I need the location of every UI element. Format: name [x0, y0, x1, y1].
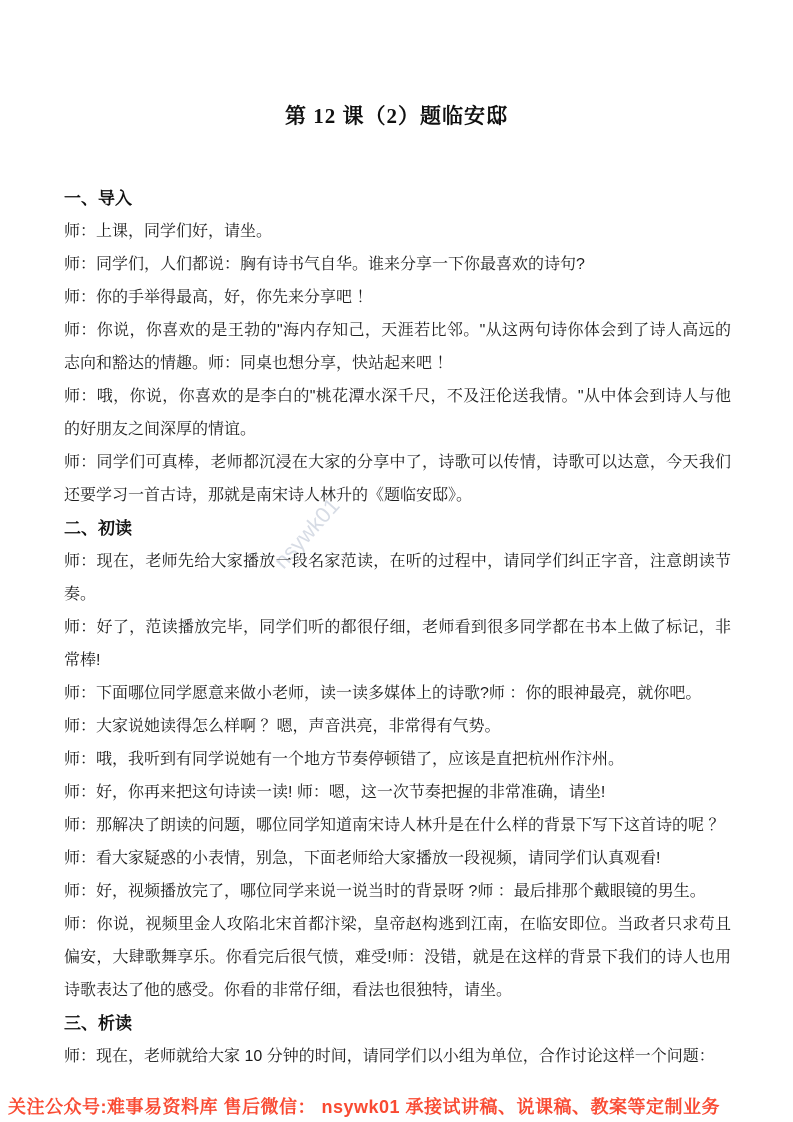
script-paragraph: 师：现在，老师先给大家播放一段名家范读，在听的过程中，请同学们纠正字音，注意朗读… [64, 545, 731, 611]
script-paragraph: 师：下面哪位同学愿意来做小老师，读一读多媒体上的诗歌?师 ：你的眼神最亮，就你吧… [64, 677, 731, 710]
script-paragraph: 师：那解决了朗读的问题，哪位同学知道南宋诗人林升是在什么样的背景下写下这首诗的呢… [64, 809, 731, 842]
document-page: 第 12 课（2）题临安邸 nsywk01 一、导入 师：上课，同学们好，请坐。… [0, 0, 793, 1122]
script-paragraph: 师：你说，视频里金人攻陷北宋首都汴梁，皇帝赵构逃到江南，在临安即位。当政者只求苟… [64, 908, 731, 1007]
script-paragraph: 师：看大家疑惑的小表情，别急，下面老师给大家播放一段视频，请同学们认真观看! [64, 842, 731, 875]
script-paragraph: 师：上课，同学们好，请坐。 [64, 215, 731, 248]
promo-footer: 关注公众号:难事易资料库 售后微信： nsywk01 承接试讲稿、说课稿、教案等… [0, 1094, 793, 1120]
script-paragraph: 师：现在，老师就给大家 10 分钟的时间，请同学们以小组为单位，合作讨论这样一个… [64, 1040, 731, 1073]
lesson-script-body: 一、导入 师：上课，同学们好，请坐。 师：同学们，人们都说：胸有诗书气自华。谁来… [64, 182, 731, 1073]
section-heading-analysis: 三、析读 [64, 1007, 731, 1040]
script-paragraph: 师：你说，你喜欢的是王勃的"海内存知己，天涯若比邻。"从这两句诗你体会到了诗人高… [64, 314, 731, 380]
script-paragraph: 师：同学们可真棒，老师都沉浸在大家的分享中了，诗歌可以传情，诗歌可以达意，今天我… [64, 446, 731, 512]
script-paragraph: 师：你的手举得最高，好，你先来分享吧 ！ [64, 281, 731, 314]
section-heading-first-reading: 二、初读 [64, 512, 731, 545]
script-paragraph: 师：好，视频播放完了，哪位同学来说一说当时的背景呀 ?师 ：最后排那个戴眼镜的男… [64, 875, 731, 908]
script-paragraph: 师：好了，范读播放完毕，同学们听的都很仔细，老师看到很多同学都在书本上做了标记，… [64, 611, 731, 677]
page-title: 第 12 课（2）题临安邸 [0, 0, 793, 130]
script-paragraph: 师：同学们，人们都说：胸有诗书气自华。谁来分享一下你最喜欢的诗句? [64, 248, 731, 281]
script-paragraph: 师：好，你再来把这句诗读一读! 师：嗯，这一次节奏把握的非常准确，请坐! [64, 776, 731, 809]
script-paragraph: 师：哦，我听到有同学说她有一个地方节奏停顿错了，应该是直把杭州作汴州。 [64, 743, 731, 776]
section-heading-intro: 一、导入 [64, 182, 731, 215]
script-paragraph: 师：哦，你说，你喜欢的是李白的"桃花潭水深千尺，不及汪伦送我情。"从中体会到诗人… [64, 380, 731, 446]
script-paragraph: 师：大家说她读得怎么样啊 ？嗯，声音洪亮，非常得有气势。 [64, 710, 731, 743]
